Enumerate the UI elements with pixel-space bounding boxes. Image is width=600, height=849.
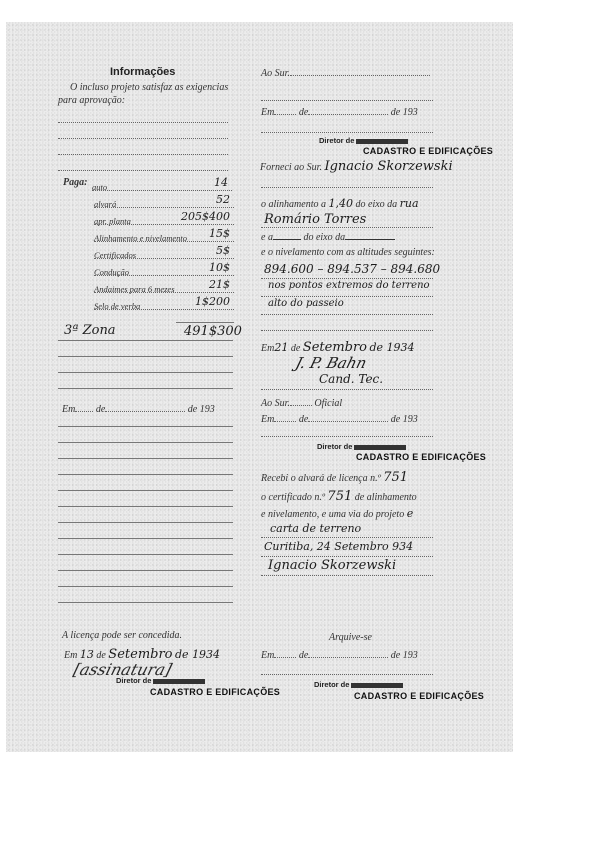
street-name: Romário Torres bbox=[264, 212, 366, 227]
document-page: Informações O incluso projeto satisfaz a… bbox=[6, 22, 513, 752]
blank-line bbox=[58, 474, 233, 475]
left-date-field: Em de de 193 bbox=[62, 404, 215, 415]
alinhamento-field: o alinhamento a 1,40 do eixo da rua bbox=[261, 197, 419, 210]
blank-line bbox=[261, 227, 433, 228]
blank-line bbox=[58, 340, 233, 341]
blank-line bbox=[261, 436, 433, 437]
fee-line bbox=[94, 258, 234, 259]
fee-row: auto14 bbox=[92, 177, 234, 195]
section-heading-informacoes: Informações bbox=[110, 66, 175, 78]
blank-line bbox=[261, 674, 433, 675]
fee-value: 52 bbox=[216, 193, 230, 206]
fee-line bbox=[92, 190, 232, 191]
blank-line bbox=[58, 570, 233, 571]
blank-line bbox=[261, 187, 433, 188]
blank-line bbox=[58, 372, 233, 373]
ao-sur-field: Ao Sur. bbox=[261, 68, 430, 79]
blank-line bbox=[261, 389, 433, 390]
fee-line bbox=[94, 309, 234, 310]
blank-line bbox=[261, 314, 433, 315]
blank-line bbox=[261, 132, 433, 133]
fee-line bbox=[94, 275, 234, 276]
recipient-signature: Ignacio Skorzewski bbox=[268, 558, 396, 573]
fee-value: 205$400 bbox=[181, 210, 230, 223]
blank-line bbox=[261, 278, 433, 279]
fee-value: 21$ bbox=[209, 278, 230, 291]
received-date: Curitiba, 24 Setembro 934 bbox=[264, 540, 413, 553]
fee-line bbox=[94, 224, 234, 225]
director-label: Diretor de bbox=[116, 676, 205, 685]
intro-text-line-1: O incluso projeto satisfaz as exigencias bbox=[70, 82, 228, 93]
recebi-alvara-field: Recebi o alvará de licença n.º 751 bbox=[261, 470, 408, 485]
director-label: Diretor de bbox=[314, 680, 403, 689]
blank-line bbox=[58, 442, 233, 443]
blank-line bbox=[58, 138, 228, 139]
blank-line bbox=[58, 554, 233, 555]
blank-line bbox=[58, 458, 233, 459]
department-stamp: CADASTRO E EDIFICAÇÕES bbox=[354, 691, 484, 701]
altitudes-note-1: nos pontos extremos do terreno bbox=[268, 280, 430, 291]
fees-total-value: 491$300 bbox=[184, 324, 242, 339]
blank-line bbox=[261, 296, 433, 297]
department-stamp: CADASTRO E EDIFICAÇÕES bbox=[150, 687, 280, 697]
signature-date: Em21 de Setembro de 1934 bbox=[261, 340, 415, 355]
fee-line bbox=[94, 241, 234, 242]
fee-value: 5$ bbox=[216, 244, 230, 257]
blank-line bbox=[58, 490, 233, 491]
blank-line bbox=[58, 122, 228, 123]
blank-line bbox=[261, 330, 433, 331]
blank-line bbox=[58, 506, 233, 507]
fee-line bbox=[94, 207, 234, 208]
department-stamp: CADASTRO E EDIFICAÇÕES bbox=[356, 452, 486, 462]
carta-terreno: carta de terreno bbox=[270, 522, 361, 535]
technician-title: Cand. Tec. bbox=[319, 372, 383, 386]
blank-line bbox=[261, 556, 433, 557]
license-text: A licença pode ser concedida. bbox=[62, 630, 182, 641]
total-rule bbox=[176, 322, 234, 323]
blank-line bbox=[58, 356, 233, 357]
intro-text-line-2: para aprovação: bbox=[58, 95, 125, 106]
blank-line bbox=[58, 586, 233, 587]
arquive-se-text: Arquive-se bbox=[329, 632, 372, 643]
blank-line bbox=[58, 154, 228, 155]
nivelamento-text: e o nivelamento com as altitudes seguint… bbox=[261, 247, 435, 258]
fee-row: Alinhamento e nivelamento15$ bbox=[94, 228, 236, 246]
right-date-field-2: Em de de 193 bbox=[261, 414, 418, 425]
right-date-field-1: Em de de 193 bbox=[261, 107, 418, 118]
altitudes-values: 894.600 – 894.537 – 894.680 bbox=[264, 262, 440, 276]
director-label: Diretor de bbox=[317, 442, 406, 451]
fee-value: 15$ bbox=[209, 227, 230, 240]
blank-line bbox=[58, 602, 233, 603]
via-projeto-field: e nivelamento, e uma via do projeto e bbox=[261, 507, 413, 520]
department-stamp: CADASTRO E EDIFICAÇÕES bbox=[363, 146, 493, 156]
fee-value: 1$200 bbox=[195, 295, 230, 308]
right-date-field-3: Em de de 193 bbox=[261, 650, 418, 661]
fee-value: 14 bbox=[214, 176, 228, 189]
blank-line bbox=[58, 388, 233, 389]
blank-line bbox=[58, 538, 233, 539]
blank-line bbox=[58, 522, 233, 523]
blank-line bbox=[58, 170, 228, 171]
fee-row: Selo de verba1$200 bbox=[94, 296, 236, 314]
fee-value: 10$ bbox=[209, 261, 230, 274]
blank-line bbox=[58, 426, 233, 427]
ao-sur-oficial-field: Ao Sur. Oficial bbox=[261, 398, 342, 409]
blank-line bbox=[261, 575, 433, 576]
certificado-field: o certificado n.º 751 de alinhamento bbox=[261, 489, 417, 504]
fees-total-label: 3ª Zona bbox=[64, 323, 116, 338]
blank-line bbox=[261, 537, 433, 538]
blank-line bbox=[261, 100, 433, 101]
director-label: Diretor de bbox=[319, 136, 408, 145]
fee-line bbox=[94, 292, 234, 293]
e-a-field: e a do eixo da bbox=[261, 232, 395, 243]
technician-signature: J. P. Bahn bbox=[294, 354, 369, 372]
fees-label: Paga: bbox=[63, 177, 87, 188]
forneci-field: Forneci ao Sur. Ignacio Skorzewski bbox=[260, 159, 453, 174]
altitudes-note-2: alto do passeio bbox=[268, 298, 344, 309]
